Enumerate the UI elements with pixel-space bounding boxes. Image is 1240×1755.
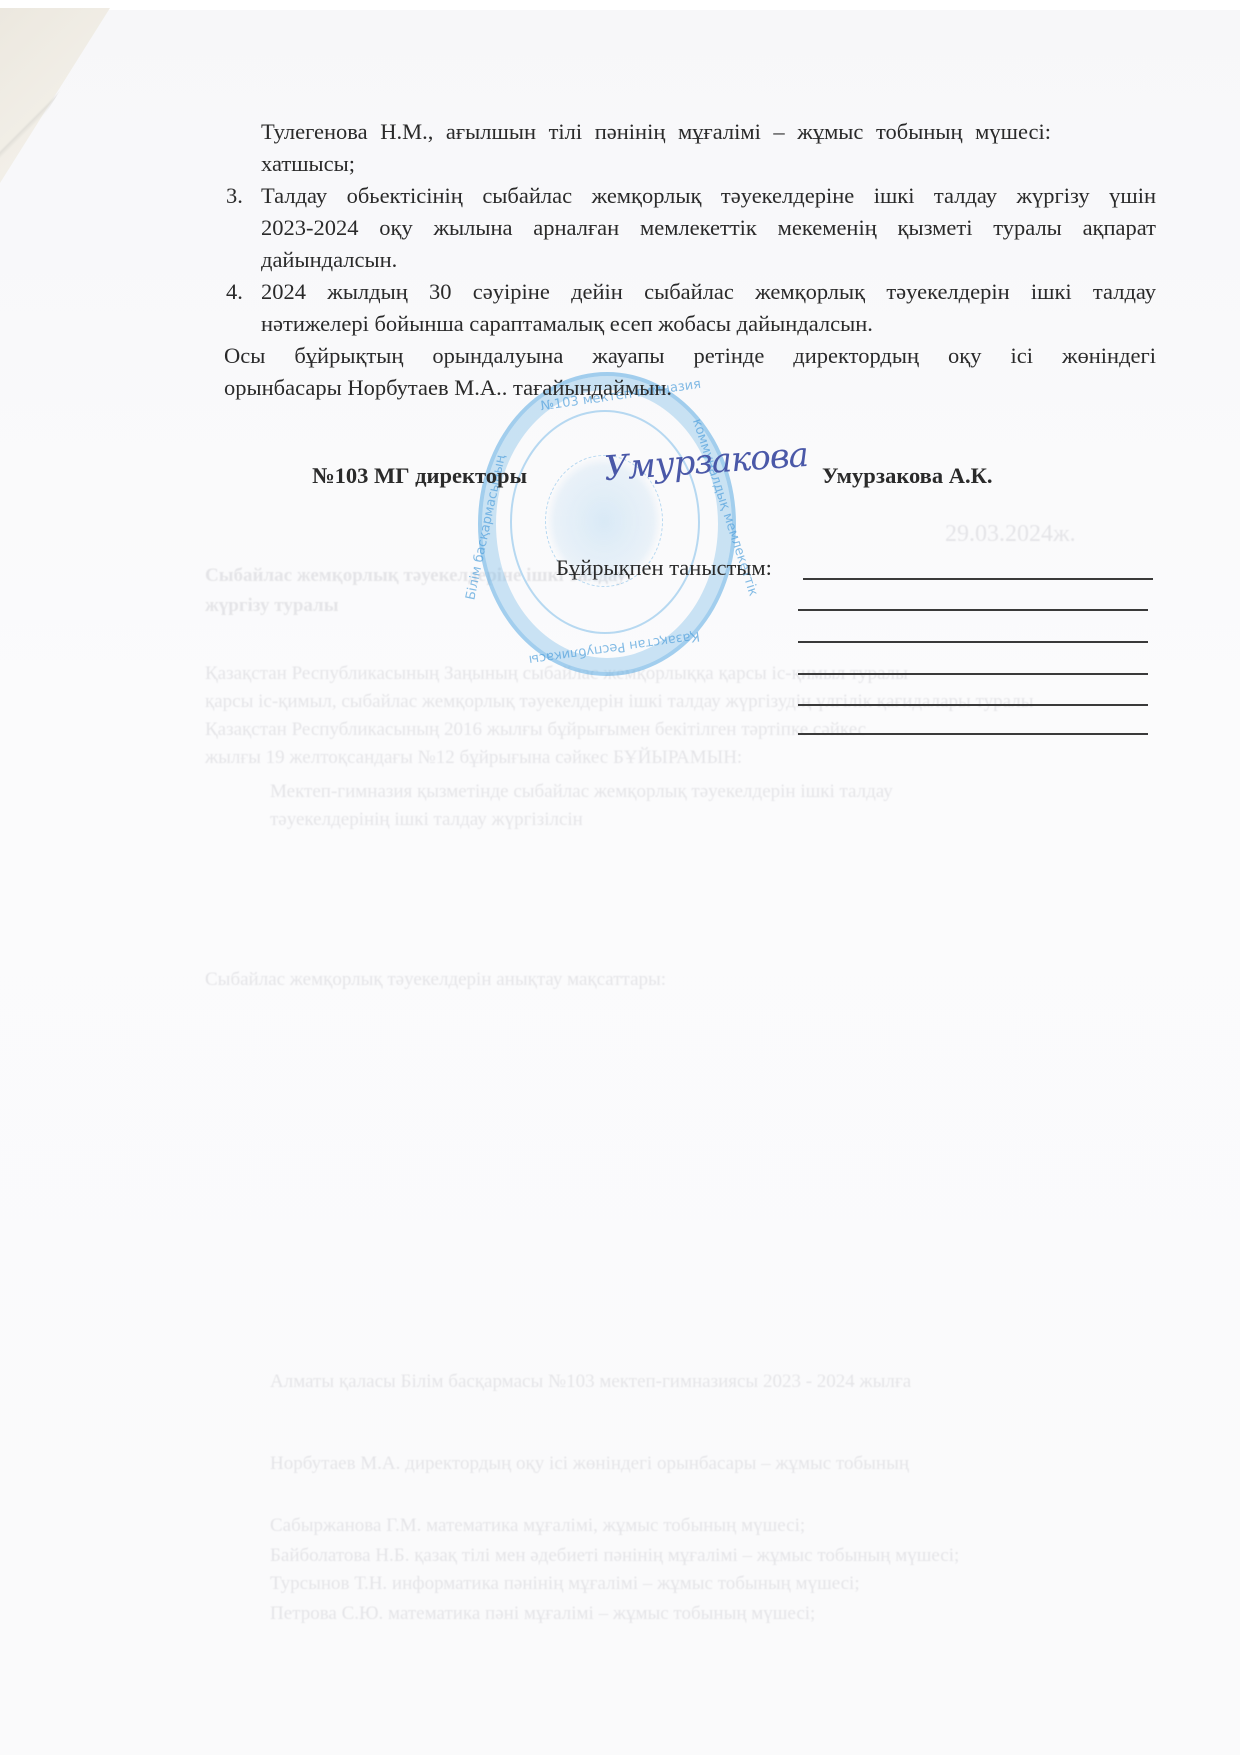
acknowledgement-signature-line[interactable]	[798, 733, 1148, 735]
ghost-line: Байболатова Н.Б. қазақ тілі мен әдебиеті…	[270, 1542, 959, 1570]
ghost-line: Петрова С.Ю. математика пәні мұғалімі – …	[270, 1600, 815, 1628]
acknowledgement-signature-line[interactable]	[803, 578, 1153, 580]
ghost-line: жылғы 19 желтоқсандағы №12 бұйрығына сәй…	[205, 744, 742, 772]
ghost-line: жүргізу туралы	[205, 592, 339, 620]
ghost-line: Сабыржанова Г.М. математика мұғалімі, жұ…	[270, 1512, 805, 1540]
continuation-line: хатшысы;	[261, 148, 355, 180]
ghost-date: 29.03.2024ж.	[945, 520, 1076, 548]
continuation-line: Тулегенова Н.М., ағылшын тілі пәнінің мұ…	[261, 116, 1051, 148]
ghost-line: тәуекелдерінің ішкі талдау жүргізілсін	[270, 806, 583, 834]
acknowledgement-signature-line[interactable]	[798, 641, 1148, 643]
acknowledgement-signature-line[interactable]	[798, 609, 1148, 611]
ghost-line: Қазақстан Республикасының 2016 жылғы бұй…	[205, 716, 866, 744]
ghost-line: Турсынов Т.Н. информатика пәнінің мұғалі…	[270, 1570, 860, 1598]
ghost-line: Мектеп-гимназия қызметінде сыбайлас жемқ…	[270, 778, 893, 806]
responsibility-paragraph: Осы бұйрықтың орындалуына жауапы ретінде…	[224, 340, 1156, 372]
list-item-line: 2023-2024 оқу жылына арналған мемлекетті…	[261, 212, 1156, 244]
list-item-line: дайындалсын.	[261, 244, 397, 276]
signatory-title: №103 МГ директоры	[312, 460, 527, 492]
list-number: 4.	[226, 276, 243, 308]
responsibility-paragraph-end: орынбасары Норбутаев М.А.. тағайындаймын…	[224, 372, 672, 404]
ghost-line: Норбутаев М.А. директордың оқу ісі жөнін…	[270, 1450, 909, 1478]
acknowledgement-signature-line[interactable]	[798, 704, 1148, 706]
ghost-line: Сыбайлас жемқорлық тәуекелдерін анықтау …	[205, 966, 666, 994]
list-number: 3.	[226, 180, 243, 212]
list-item-line: 2024 жылдың 30 сәуіріне дейін сыбайлас ж…	[261, 276, 1156, 308]
list-item-line: Талдау обьектісінің сыбайлас жемқорлық т…	[261, 180, 1156, 212]
acknowledgement-label: Бұйрықпен таныстым:	[556, 552, 772, 584]
scan-top-margin	[0, 0, 1240, 10]
ghost-line: қарсы іс-қимыл, сыбайлас жемқорлық тәуек…	[205, 688, 1033, 716]
acknowledgement-signature-line[interactable]	[798, 673, 1148, 675]
scanned-page	[0, 8, 1240, 1755]
ghost-line: Алматы қаласы Білім басқармасы №103 мект…	[270, 1368, 911, 1396]
signatory-name: Умурзакова А.К.	[822, 460, 993, 492]
list-item-line: нәтижелері бойынша сараптамалық есеп жоб…	[261, 308, 873, 340]
